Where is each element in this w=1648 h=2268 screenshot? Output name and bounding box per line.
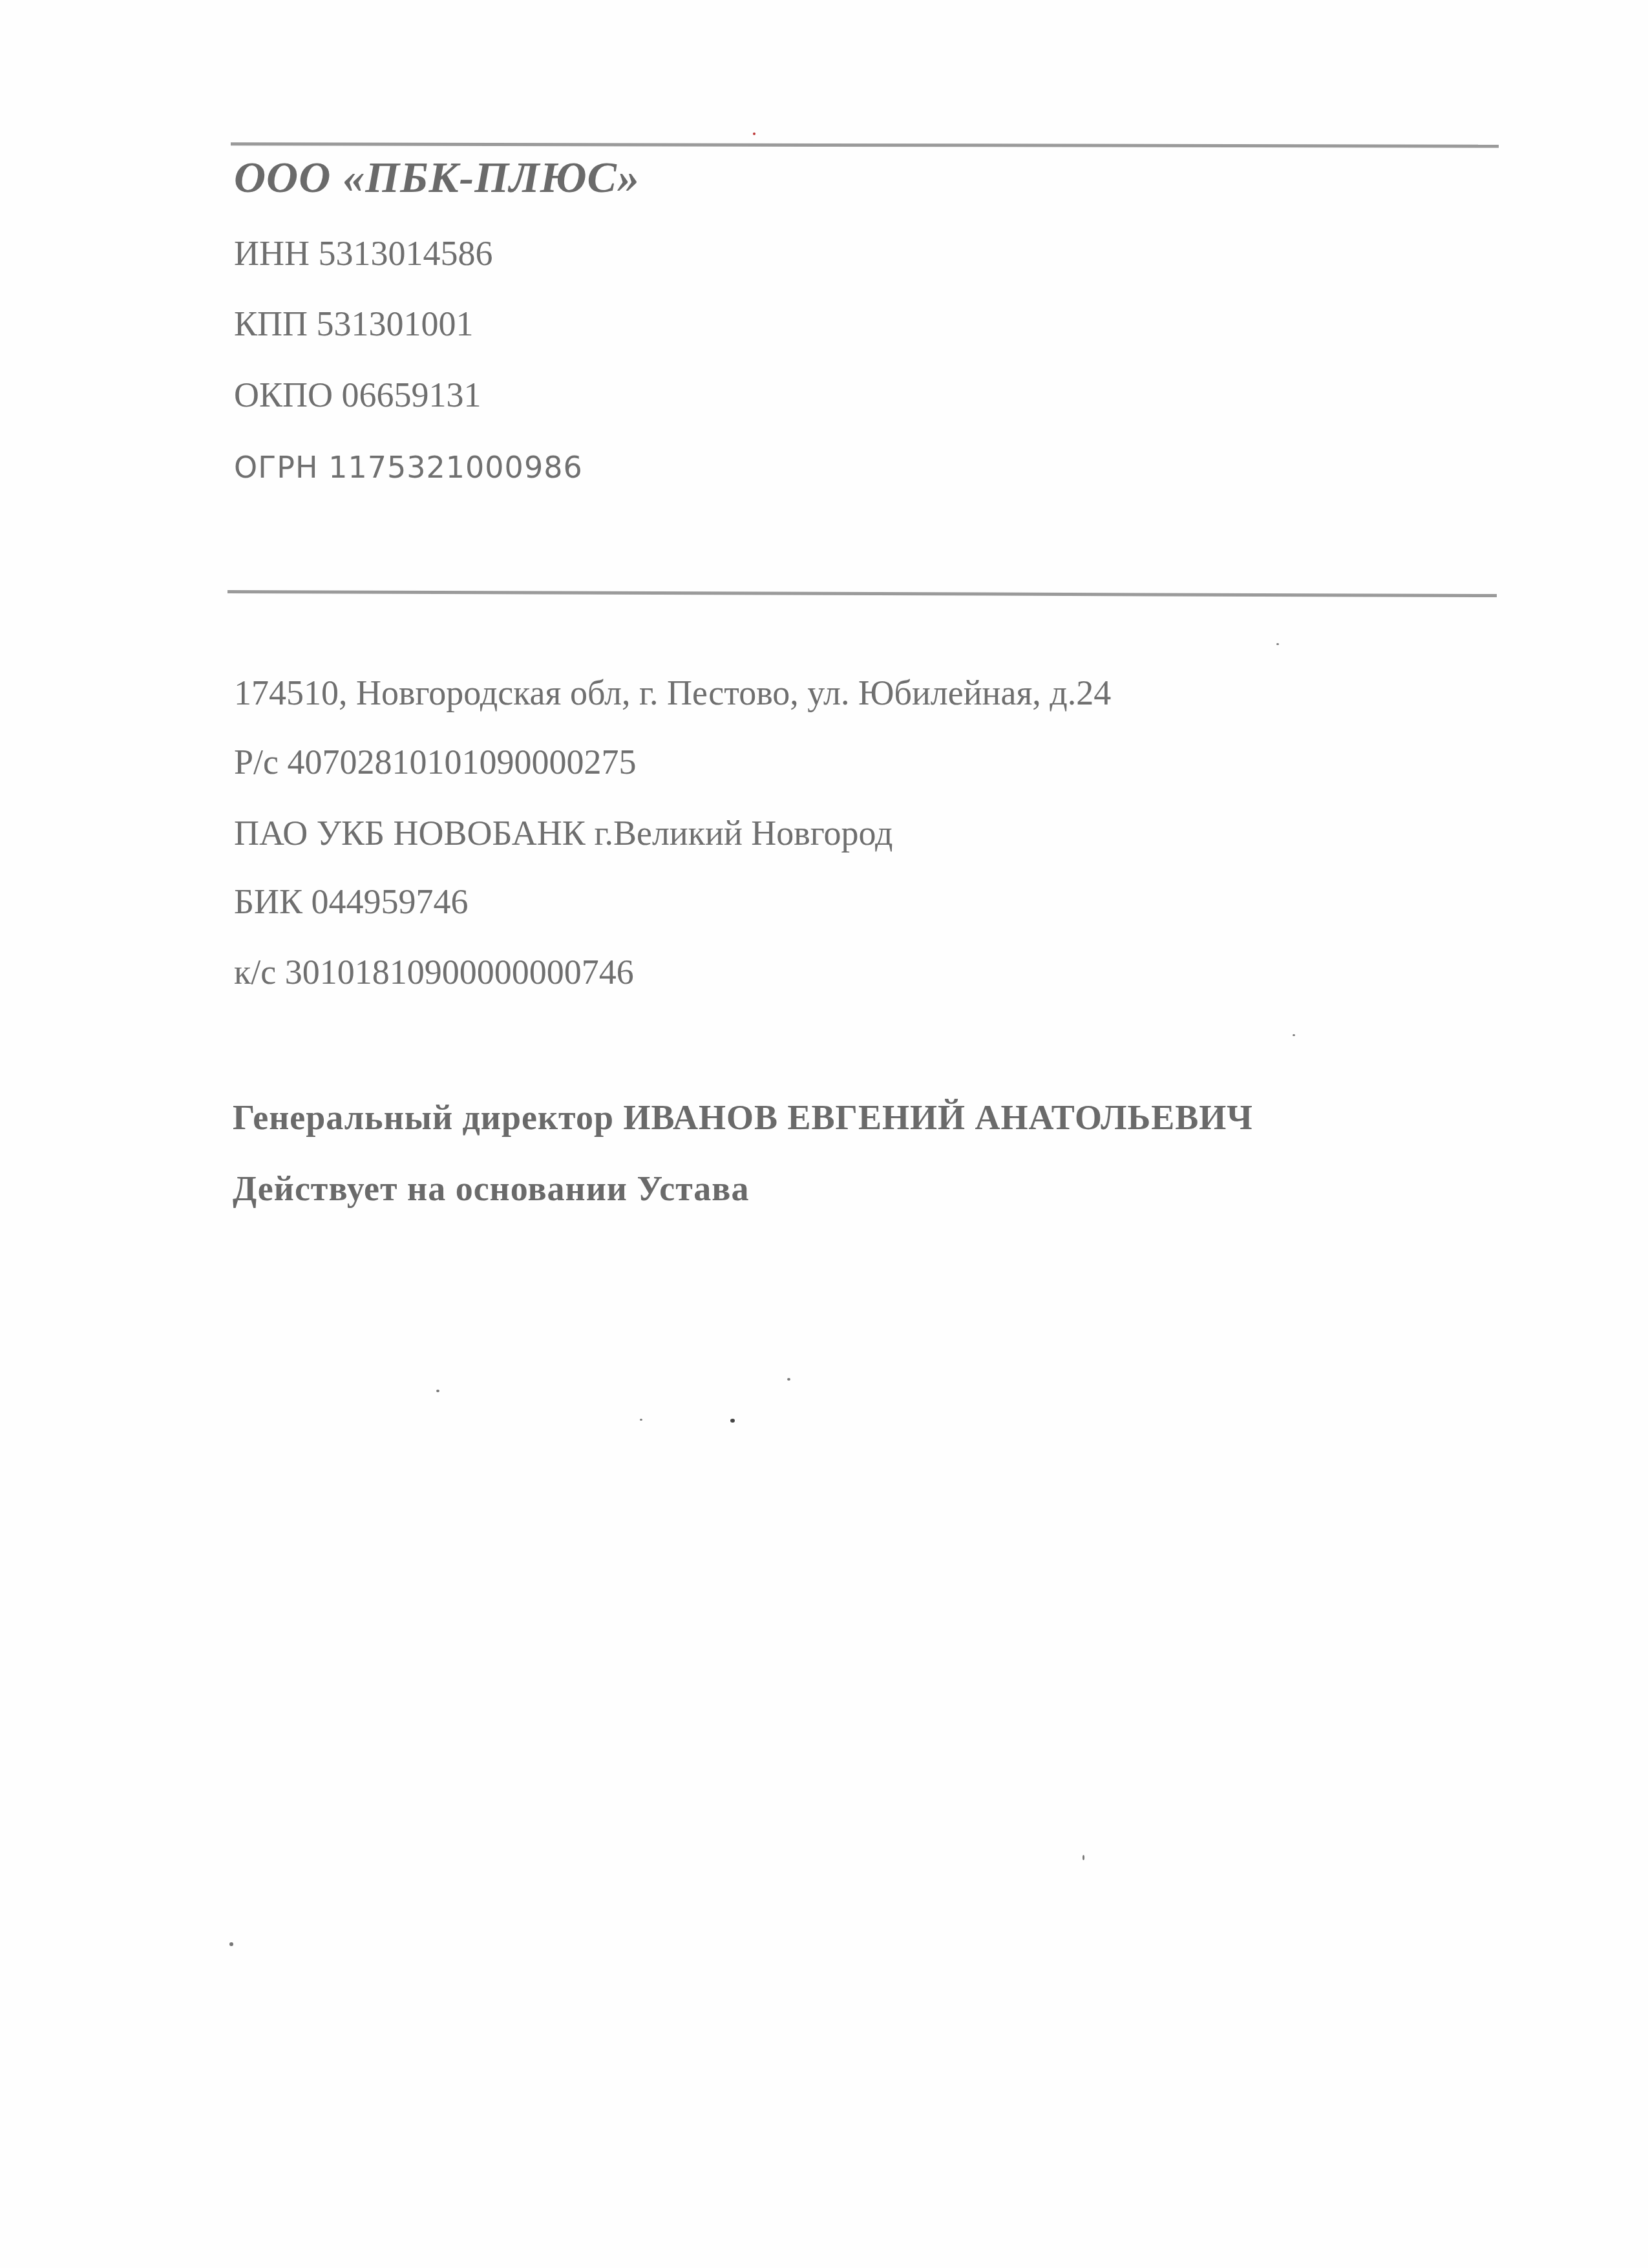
scan-speck [229,1942,233,1946]
scan-speck [1293,1034,1295,1036]
ogrn-line: ОГРН 1175321000986 [234,452,583,482]
middle-divider [227,590,1497,597]
director-name: ИВАНОВ ЕВГЕНИЙ АНАТОЛЬЕВИЧ [623,1098,1253,1137]
scan-speck [1083,1855,1084,1860]
scan-speck [436,1390,439,1392]
director-line: Генеральный директор ИВАНОВ ЕВГЕНИЙ АНАТ… [233,1100,1253,1135]
kpp-line: КПП 531301001 [234,306,474,341]
top-divider [231,142,1499,147]
corr-account-line: к/с 30101810900000000746 [234,955,634,990]
document-page: ООО «ПБК-ПЛЮС» ИНН 5313014586 КПП 531301… [0,0,1648,2268]
address-line: 174510, Новгородская обл, г. Пестово, ул… [234,675,1111,710]
okpo-line: ОКПО 06659131 [234,377,481,412]
scan-speck [730,1419,735,1423]
scan-speck [1276,643,1279,645]
settlement-account-line: Р/с 40702810101090000275 [234,745,637,779]
director-title: Генеральный директор [233,1098,614,1137]
scan-speck [787,1378,790,1381]
bank-name-line: ПАО УКБ НОВОБАНК г.Великий Новгород [234,816,893,851]
inn-line: ИНН 5313014586 [234,236,493,271]
bik-line: БИК 044959746 [234,884,469,919]
company-name: ООО «ПБК-ПЛЮС» [234,155,640,199]
scan-speck [753,132,755,135]
scan-speck [640,1419,642,1421]
basis-line: Действует на основании Устава [233,1171,750,1206]
